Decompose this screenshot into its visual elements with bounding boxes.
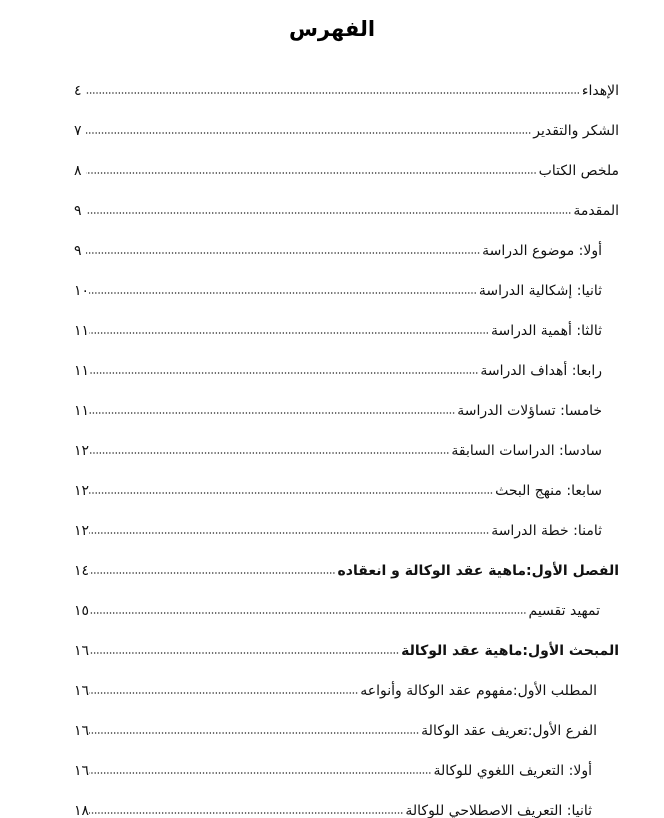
dot-leader (89, 490, 493, 496)
toc-entry-page-number: ١١ (74, 360, 89, 382)
toc-entry-study-subject[interactable]: أولا: موضوع الدراسة ٩ (74, 236, 602, 262)
toc-entry-page-number: ١١ (74, 400, 89, 422)
toc-entry-page-number: ١٢ (74, 480, 89, 502)
toc-entry-page-number: ٤ (74, 80, 86, 102)
toc-entry-dedication[interactable]: الإهداء ٤ (74, 76, 619, 102)
dot-leader (89, 330, 489, 336)
dot-leader (89, 650, 399, 656)
dot-leader (86, 210, 571, 216)
page-title: الفهرس (0, 14, 664, 44)
dot-leader (86, 170, 537, 176)
toc-entry-linguistic-definition[interactable]: أولا: التعريف اللغوي للوكالة ١٦ (74, 756, 592, 782)
toc-entry-label: ثامنا: خطة الدراسة (489, 520, 602, 542)
toc-entry-page-number: ٩ (74, 240, 86, 262)
dot-leader (86, 90, 580, 96)
toc-entry-page-number: ١٨ (74, 800, 89, 818)
toc-entry-page-number: ١٦ (74, 680, 89, 702)
toc-entry-previous-studies[interactable]: سادسا: الدراسات السابقة ١٢ (74, 436, 602, 462)
toc-entry-label: المبحث الأول:ماهية عقد الوكالة (399, 640, 619, 662)
toc-entry-label: المقدمة (571, 200, 619, 222)
toc-entry-page-number: ١٥ (74, 600, 89, 622)
toc-entry-label: سادسا: الدراسات السابقة (449, 440, 602, 462)
toc-entry-introduction[interactable]: المقدمة ٩ (74, 196, 619, 222)
toc-entry-study-plan[interactable]: ثامنا: خطة الدراسة ١٢ (74, 516, 602, 542)
toc-entry-label: تمهيد تقسيم (527, 600, 600, 622)
toc-entry-label: الفرع الأول:تعريف عقد الوكالة (419, 720, 597, 742)
toc-entry-page-number: ١٤ (74, 560, 89, 582)
toc-entry-page-number: ١١ (74, 320, 89, 342)
dot-leader (89, 530, 489, 536)
toc-entry-acknowledgements[interactable]: الشكر والتقدير ٧ (74, 116, 619, 142)
toc-entry-page-number: ١٢ (74, 520, 89, 542)
toc-entry-label: ثانيا: التعريف الاصطلاحي للوكالة (403, 800, 592, 818)
toc-entry-page-number: ٩ (74, 200, 86, 222)
dot-leader (89, 730, 419, 736)
toc-entry-study-objectives[interactable]: رابعا: أهداف الدراسة ١١ (74, 356, 602, 382)
toc-entry-chapter-one[interactable]: الفصل الأول:ماهية عقد الوكالة و انعقاده … (74, 556, 619, 582)
toc-entry-label: سابعا: منهج البحث (493, 480, 602, 502)
toc-entry-label: أولا: التعريف اللغوي للوكالة (431, 760, 592, 782)
dot-leader (89, 770, 431, 776)
dot-leader (89, 450, 449, 456)
toc-entry-label: ثانيا: إشكالية الدراسة (477, 280, 602, 302)
dot-leader (89, 290, 477, 296)
dot-leader (86, 250, 480, 256)
toc-entry-label: الإهداء (580, 80, 619, 102)
toc-entry-book-summary[interactable]: ملخص الكتاب ٨ (74, 156, 619, 182)
dot-leader (86, 130, 531, 136)
toc-entry-terminological-definition[interactable]: ثانيا: التعريف الاصطلاحي للوكالة ١٨ (74, 796, 592, 818)
dot-leader (89, 370, 478, 376)
toc-entry-label: أولا: موضوع الدراسة (480, 240, 602, 262)
toc-entry-study-problem[interactable]: ثانيا: إشكالية الدراسة ١٠ (74, 276, 602, 302)
toc-entry-page-number: ٧ (74, 120, 86, 142)
dot-leader (89, 610, 526, 616)
toc-entry-page-number: ١٢ (74, 440, 89, 462)
toc-entry-page-number: ٨ (74, 160, 86, 182)
toc-entry-label: الفصل الأول:ماهية عقد الوكالة و انعقاده (336, 560, 619, 582)
dot-leader (89, 690, 358, 696)
dot-leader (89, 570, 336, 576)
toc-entry-label: ملخص الكتاب (537, 160, 619, 182)
toc-entry-page-number: ١٦ (74, 640, 89, 662)
toc-entry-section-one[interactable]: المبحث الأول:ماهية عقد الوكالة ١٦ (74, 636, 619, 662)
toc-entry-research-method[interactable]: سابعا: منهج البحث ١٢ (74, 476, 602, 502)
toc-entry-branch-one[interactable]: الفرع الأول:تعريف عقد الوكالة ١٦ (74, 716, 597, 742)
toc-entry-label: المطلب الأول:مفهوم عقد الوكالة وأنواعه (358, 680, 597, 702)
toc-entry-label: رابعا: أهداف الدراسة (478, 360, 602, 382)
toc-entry-page-number: ١٦ (74, 720, 89, 742)
toc-entry-label: الشكر والتقدير (531, 120, 619, 142)
toc-entry-page-number: ١٦ (74, 760, 89, 782)
dot-leader (89, 810, 403, 816)
toc-entry-label: خامسا: تساؤلات الدراسة (455, 400, 602, 422)
toc-entry-study-importance[interactable]: ثالثا: أهمية الدراسة ١١ (74, 316, 602, 342)
toc-entry-preface-division[interactable]: تمهيد تقسيم ١٥ (74, 596, 600, 622)
toc-entry-page-number: ١٠ (74, 280, 89, 302)
toc-entry-label: ثالثا: أهمية الدراسة (489, 320, 602, 342)
toc-entry-study-questions[interactable]: خامسا: تساؤلات الدراسة ١١ (74, 396, 602, 422)
dot-leader (89, 410, 455, 416)
toc-entry-requirement-one[interactable]: المطلب الأول:مفهوم عقد الوكالة وأنواعه ١… (74, 676, 597, 702)
